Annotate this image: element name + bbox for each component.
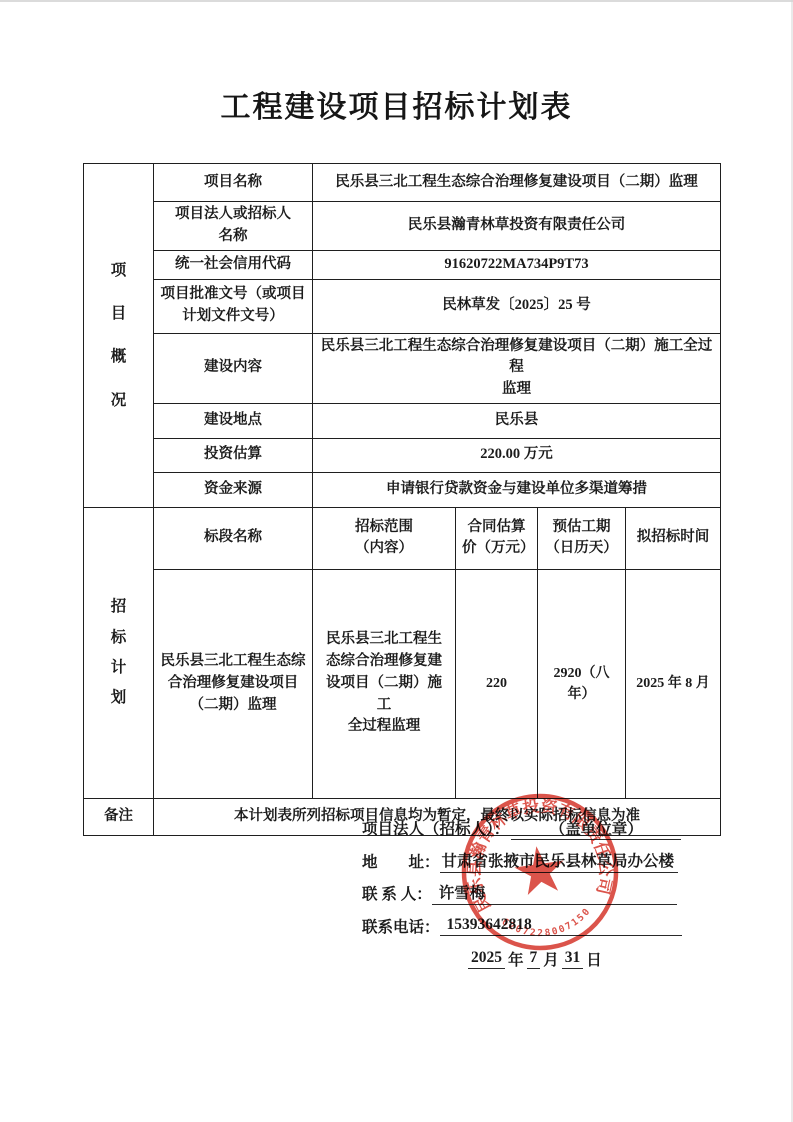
date-year-unit: 年 bbox=[505, 948, 527, 970]
date-year: 2025 bbox=[468, 949, 505, 969]
date-day-unit: 日 bbox=[583, 948, 605, 970]
date-month: 7 bbox=[527, 949, 541, 969]
table-row: 项目批准文号（或项目 计划文件文号） 民林草发〔2025〕25 号 bbox=[84, 279, 721, 333]
section-label-project-overview: 项目概况 bbox=[84, 164, 154, 508]
page-title: 工程建设项目招标计划表 bbox=[0, 82, 793, 126]
value-investment-estimate: 220.00 万元 bbox=[313, 438, 721, 472]
table-row: 统一社会信用代码 91620722MA734P9T73 bbox=[84, 250, 721, 279]
section-label-tender-plan: 招标计划 bbox=[84, 507, 154, 798]
value-approval-number: 民林草发〔2025〕25 号 bbox=[313, 279, 721, 333]
cell-tender-time: 2025 年 8 月 bbox=[626, 569, 721, 798]
contact-line: 联 系 人： 许雪梅 bbox=[362, 877, 682, 910]
date-day: 31 bbox=[562, 949, 584, 969]
contact-label: 联 系 人： bbox=[362, 882, 432, 904]
label-investment-estimate: 投资估算 bbox=[154, 438, 313, 472]
table-row: 项目概况 项目名称 民乐县三北工程生态综合治理修复建设项目（二期）监理 bbox=[84, 164, 721, 202]
header-tender-time: 拟招标时间 bbox=[626, 507, 721, 569]
label-project-name: 项目名称 bbox=[154, 164, 313, 202]
table-header-row: 招标计划 标段名称 招标范围 （内容） 合同估算 价（万元） 预估工期 （日历天… bbox=[84, 507, 721, 569]
phone-line: 联系电话： 15393642818 bbox=[362, 910, 682, 943]
phone-label: 联系电话： bbox=[362, 915, 440, 937]
address-value: 甘肃省张掖市民乐县林草局办公楼 bbox=[440, 849, 679, 873]
table-row: 投资估算 220.00 万元 bbox=[84, 438, 721, 472]
table-row: 项目法人或招标人 名称 民乐县瀚青林草投资有限责任公司 bbox=[84, 202, 721, 251]
table-row: 建设地点 民乐县 bbox=[84, 403, 721, 438]
header-tender-scope: 招标范围 （内容） bbox=[313, 507, 456, 569]
signature-block: 项目法人（招标人）： （盖单位章） 地 址： 甘肃省张掖市民乐县林草局办公楼 联… bbox=[362, 812, 682, 975]
cell-contract-estimate: 220 bbox=[456, 569, 538, 798]
cell-estimated-duration: 2920（八年） bbox=[538, 569, 626, 798]
label-credit-code: 统一社会信用代码 bbox=[154, 250, 313, 279]
legal-person-line: 项目法人（招标人）： （盖单位章） bbox=[362, 812, 682, 845]
header-estimated-duration: 预估工期 （日历天） bbox=[538, 507, 626, 569]
value-funding-source: 申请银行贷款资金与建设单位多渠道筹措 bbox=[313, 472, 721, 507]
value-construction-site: 民乐县 bbox=[313, 403, 721, 438]
date-month-unit: 月 bbox=[540, 948, 562, 970]
cell-tender-scope: 民乐县三北工程生 态综合治理修复建 设项目（二期）施工 全过程监理 bbox=[313, 569, 456, 798]
address-label: 地 址： bbox=[362, 850, 440, 872]
table-row: 建设内容 民乐县三北工程生态综合治理修复建设项目（二期）施工全过程 监理 bbox=[84, 333, 721, 403]
label-legal-person: 项目法人或招标人 名称 bbox=[154, 202, 313, 251]
header-section-name: 标段名称 bbox=[154, 507, 313, 569]
label-remark: 备注 bbox=[84, 798, 154, 835]
date-line: 2025 年 7 月 31 日 bbox=[362, 942, 682, 975]
address-line: 地 址： 甘肃省张掖市民乐县林草局办公楼 bbox=[362, 845, 682, 878]
phone-value: 15393642818 bbox=[440, 916, 682, 936]
stamp-note: （盖单位章） bbox=[511, 817, 681, 840]
value-legal-person: 民乐县瀚青林草投资有限责任公司 bbox=[313, 202, 721, 251]
header-contract-estimate: 合同估算 价（万元） bbox=[456, 507, 538, 569]
value-construction-content: 民乐县三北工程生态综合治理修复建设项目（二期）施工全过程 监理 bbox=[313, 333, 721, 403]
value-credit-code: 91620722MA734P9T73 bbox=[313, 250, 721, 279]
scan-edge-artifact-top bbox=[0, 0, 793, 2]
label-construction-content: 建设内容 bbox=[154, 333, 313, 403]
tender-plan-table: 项目概况 项目名称 民乐县三北工程生态综合治理修复建设项目（二期）监理 项目法人… bbox=[83, 163, 721, 836]
label-funding-source: 资金来源 bbox=[154, 472, 313, 507]
scanned-document-page: 工程建设项目招标计划表 项目概况 项目名称 民乐县三北工程生态综合治理修复建设项… bbox=[0, 0, 793, 1122]
value-project-name: 民乐县三北工程生态综合治理修复建设项目（二期）监理 bbox=[313, 164, 721, 202]
cell-section-name: 民乐县三北工程生态综 合治理修复建设项目 （二期）监理 bbox=[154, 569, 313, 798]
legal-person-label: 项目法人（招标人）： bbox=[362, 817, 509, 839]
table-data-row: 民乐县三北工程生态综 合治理修复建设项目 （二期）监理 民乐县三北工程生 态综合… bbox=[84, 569, 721, 798]
table-row: 资金来源 申请银行贷款资金与建设单位多渠道筹措 bbox=[84, 472, 721, 507]
label-construction-site: 建设地点 bbox=[154, 403, 313, 438]
contact-value: 许雪梅 bbox=[432, 881, 677, 905]
label-approval-number: 项目批准文号（或项目 计划文件文号） bbox=[154, 279, 313, 333]
